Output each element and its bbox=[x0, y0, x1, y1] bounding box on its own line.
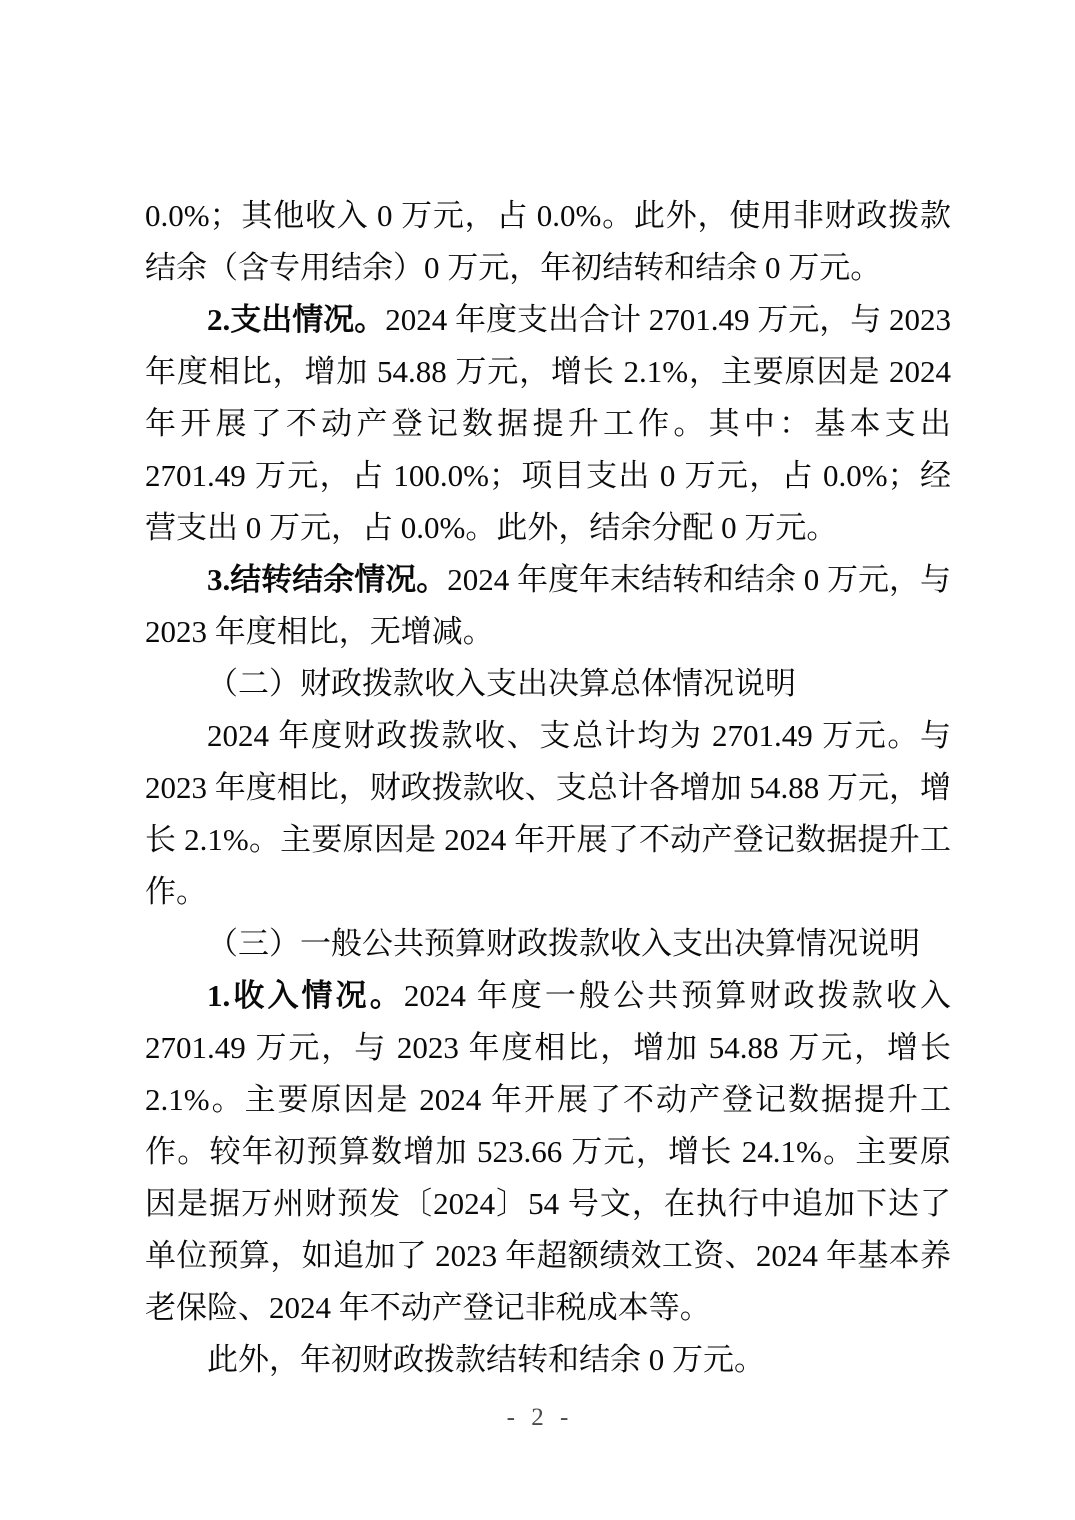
para-expenditure-situation: 2.支出情况。2024 年度支出合计 2701.49 万元，与 2023 年度相… bbox=[145, 294, 951, 554]
para-fiscal-appropriation-total: 2024 年度财政拨款收、支总计均为 2701.49 万元。与 2023 年度相… bbox=[145, 710, 951, 918]
text-run: 0.0%；其他收入 0 万元，占 0.0%。此外，使用非财政拨款结余（含专用结余… bbox=[145, 198, 951, 285]
text-run: 2024 年度支出合计 2701.49 万元，与 2023 年度相比，增加 54… bbox=[145, 302, 951, 545]
text-run-bold: 3.结转结余情况。 bbox=[207, 562, 447, 597]
para-carryover-situation: 3.结转结余情况。2024 年度年末结转和结余 0 万元，与 2023 年度相比… bbox=[145, 554, 951, 658]
para-general-budget-income: 1.收入情况。2024 年度一般公共预算财政拨款收入 2701.49 万元，与 … bbox=[145, 970, 951, 1334]
document-page: 0.0%；其他收入 0 万元，占 0.0%。此外，使用非财政拨款结余（含专用结余… bbox=[0, 0, 1075, 1520]
para-initial-fiscal-carryover: 此外，年初财政拨款结转和结余 0 万元。 bbox=[145, 1334, 951, 1386]
text-run: 2024 年度一般公共预算财政拨款收入 2701.49 万元，与 2023 年度… bbox=[145, 978, 951, 1325]
page-number: - 2 - bbox=[0, 1398, 1075, 1438]
text-run: 2024 年度财政拨款收、支总计均为 2701.49 万元。与 2023 年度相… bbox=[145, 718, 951, 909]
para-income-continuation: 0.0%；其他收入 0 万元，占 0.0%。此外，使用非财政拨款结余（含专用结余… bbox=[145, 190, 951, 294]
text-run-bold: 2.支出情况。 bbox=[207, 302, 385, 337]
text-run: 此外，年初财政拨款结转和结余 0 万元。 bbox=[207, 1342, 765, 1377]
heading-section-three: （三）一般公共预算财政拨款收入支出决算情况说明 bbox=[145, 918, 951, 970]
text-run-bold: 1.收入情况。 bbox=[207, 978, 404, 1013]
document-body: 0.0%；其他收入 0 万元，占 0.0%。此外，使用非财政拨款结余（含专用结余… bbox=[145, 190, 951, 1386]
text-run: （三）一般公共预算财政拨款收入支出决算情况说明 bbox=[207, 926, 920, 961]
heading-section-two: （二）财政拨款收入支出决算总体情况说明 bbox=[145, 658, 951, 710]
text-run: （二）财政拨款收入支出决算总体情况说明 bbox=[207, 666, 796, 701]
